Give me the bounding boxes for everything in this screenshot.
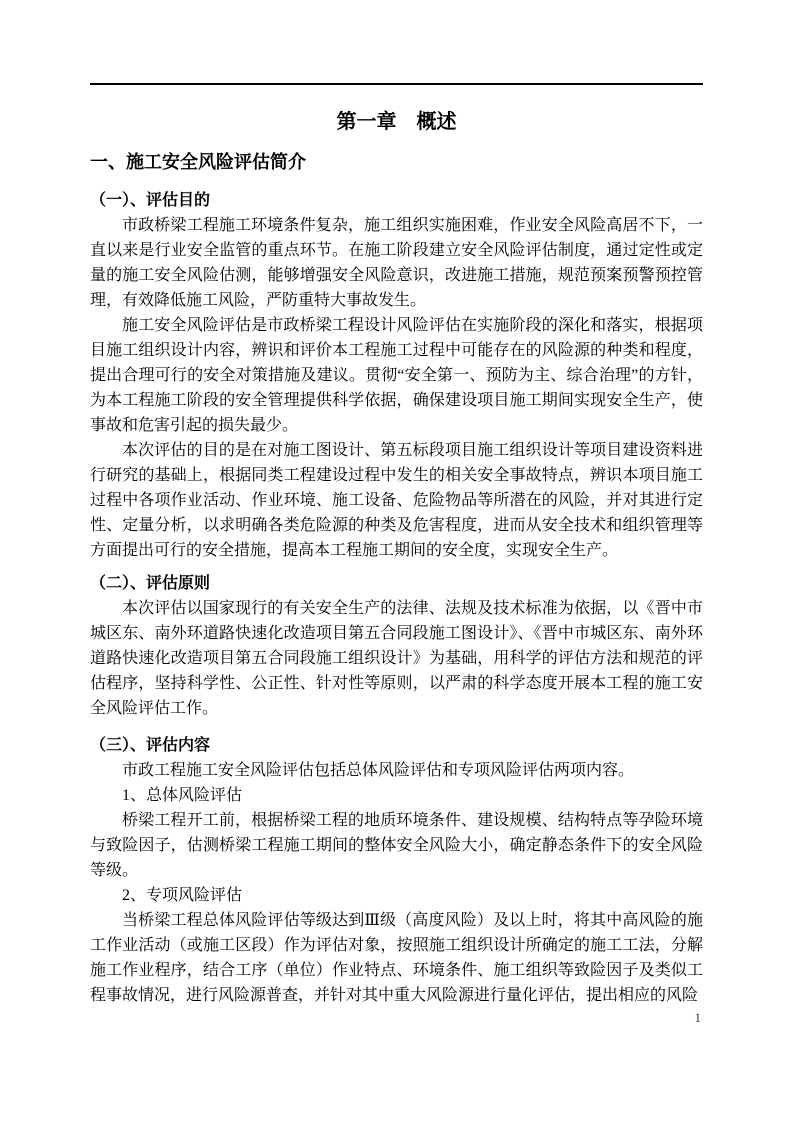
section-heading: 一、施工安全风险评估简介 [90,149,703,175]
subsection-2-paragraph-1: 本次评估以国家现行的有关安全生产的法律、法规及技术标准为依据，以《晋中市城区东、… [90,596,703,721]
subsection-3-paragraph-1: 市政工程施工安全风险评估包括总体风险评估和专项风险评估两项内容。 [90,758,703,783]
subsection-1-paragraph-2: 施工安全风险评估是市政桥梁工程设计风险评估在实施阶段的深化和落实，根据项目施工组… [90,313,703,438]
chapter-title: 第一章 概述 [90,109,703,135]
subsection-3-title: （三）、评估内容 [90,733,703,758]
subsection-3-list-item-1: 1、总体风险评估 [90,783,703,808]
subsection-3-paragraph-3: 当桥梁工程总体风险评估等级达到Ⅲ级（高度风险）及以上时，将其中高风险的施工作业活… [90,908,703,1008]
subsection-1-paragraph-1: 市政桥梁工程施工环境条件复杂，施工组织实施困难，作业安全风险高居不下，一直以来是… [90,213,703,313]
subsection-3-list-item-2: 2、专项风险评估 [90,883,703,908]
page-content: 第一章 概述 一、施工安全风险评估简介 （一）、评估目的 市政桥梁工程施工环境条… [90,83,703,1008]
document-page: 第一章 概述 一、施工安全风险评估简介 （一）、评估目的 市政桥梁工程施工环境条… [0,0,793,1122]
subsection-2-title: （二）、评估原则 [90,571,703,596]
page-number: 1 [695,1009,702,1027]
subsection-1-paragraph-3: 本次评估的目的是在对施工图设计、第五标段项目施工组织设计等项目建设资料进行研究的… [90,438,703,563]
subsection-1-title: （一）、评估目的 [90,188,703,213]
subsection-3-paragraph-2: 桥梁工程开工前，根据桥梁工程的地质环境条件、建设规模、结构特点等孕险环境与致险因… [90,808,703,883]
